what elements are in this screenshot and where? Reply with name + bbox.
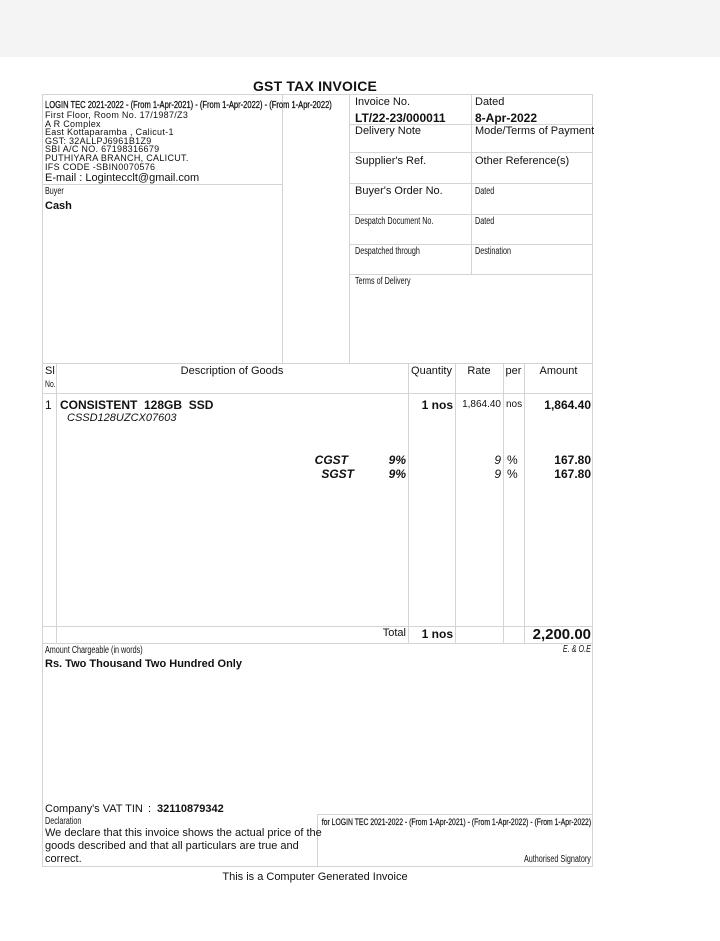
tax-name: CGST — [300, 453, 348, 467]
buyers-order-label: Buyer's Order No. — [355, 185, 443, 197]
border — [503, 363, 504, 643]
buyer-label: Buyer — [45, 186, 64, 197]
address-line: IFS CODE -SBIN0070576 — [45, 163, 189, 172]
border — [317, 814, 593, 815]
terms-of-delivery-label: Terms of Delivery — [355, 276, 411, 287]
border — [349, 152, 592, 153]
buyer-name: Cash — [45, 200, 72, 212]
despatch-doc-label: Despatch Document No. — [355, 216, 433, 227]
item-sl: 1 — [45, 398, 52, 412]
amount-header: Amount — [524, 365, 593, 377]
border — [42, 184, 282, 185]
for-company: for LOGIN TEC 2021-2022 - (From 1-Apr-20… — [322, 817, 591, 828]
border — [42, 94, 43, 866]
vat-tin-label: Company's VAT TIN — [45, 803, 143, 815]
border — [349, 214, 592, 215]
computer-generated-note: This is a Computer Generated Invoice — [0, 871, 630, 883]
vat-tin: 32110879342 — [157, 803, 224, 815]
sl-header: Sl — [45, 365, 55, 377]
seller-email: E-mail : Logintecclt@gmail.com — [45, 172, 199, 184]
tax-rate: 9 — [455, 453, 501, 467]
border — [42, 866, 593, 867]
buyers-order-dated-label: Dated — [475, 186, 494, 197]
despatched-through-label: Despatched through — [355, 246, 420, 257]
border — [42, 643, 593, 644]
border — [471, 94, 472, 274]
rate-header: Rate — [455, 365, 503, 377]
invoice-no: LT/22-23/000011 — [355, 111, 446, 125]
item-serial: CSSD128UZCX07603 — [67, 412, 176, 424]
total-quantity: 1 nos — [408, 627, 453, 641]
border — [42, 363, 593, 364]
despatch-doc-dated-label: Dated — [475, 216, 494, 227]
item-amount: 1,864.40 — [524, 398, 591, 412]
tax-per: % — [507, 453, 518, 467]
vat-tin-separator: : — [148, 803, 151, 815]
item-description: CONSISTENT 128GB SSD — [60, 398, 213, 412]
tax-percent: 9% — [370, 453, 406, 467]
total-label: Total — [300, 627, 406, 639]
border — [282, 94, 283, 364]
declaration-text: We declare that this invoice shows the a… — [45, 827, 322, 866]
border — [56, 363, 57, 643]
border — [42, 94, 593, 95]
suppliers-ref-label: Supplier's Ref. — [355, 155, 426, 167]
payment-terms-label: Mode/Terms of Payment — [475, 125, 594, 137]
per-header: per — [503, 365, 524, 377]
invoice-date: 8-Apr-2022 — [475, 111, 537, 125]
declaration-line: correct. — [45, 853, 322, 866]
declaration-line: We declare that this invoice shows the a… — [45, 827, 322, 840]
border — [349, 274, 592, 275]
border — [349, 244, 592, 245]
tax-name: SGST — [300, 467, 354, 481]
declaration-label: Declaration — [45, 816, 81, 827]
tax-per: % — [507, 467, 518, 481]
authorised-signatory: Authorised Signatory — [524, 854, 591, 865]
tax-rate: 9 — [455, 467, 501, 481]
border — [592, 94, 593, 866]
invoice-no-label: Invoice No. — [355, 96, 410, 108]
seller-address: First Floor, Room No. 17/1987/Z3 A R Com… — [45, 111, 189, 171]
delivery-note-label: Delivery Note — [355, 125, 421, 137]
border — [349, 183, 592, 184]
declaration-line: goods described and that all particulars… — [45, 840, 322, 853]
description-header: Description of Goods — [56, 365, 408, 377]
tax-percent: 9% — [370, 467, 406, 481]
item-rate: 1,864.40 — [455, 399, 501, 410]
quantity-header: Quantity — [408, 365, 455, 377]
tax-amount: 167.80 — [524, 467, 591, 481]
border — [42, 393, 593, 394]
amount-in-words: Rs. Two Thousand Two Hundred Only — [45, 658, 242, 670]
top-band — [0, 0, 720, 57]
eoe-note: E. & O.E — [563, 644, 591, 655]
border — [349, 94, 350, 364]
destination-label: Destination — [475, 246, 511, 257]
sl-header-no: No. — [45, 379, 56, 390]
dated-label: Dated — [475, 96, 504, 108]
amount-words-label: Amount Chargeable (in words) — [45, 645, 143, 656]
document-title: GST TAX INVOICE — [0, 78, 630, 94]
total-amount: 2,200.00 — [524, 626, 591, 643]
other-ref-label: Other Reference(s) — [475, 155, 569, 167]
item-quantity: 1 nos — [408, 398, 453, 412]
tax-amount: 167.80 — [524, 453, 591, 467]
item-per: nos — [506, 399, 522, 410]
